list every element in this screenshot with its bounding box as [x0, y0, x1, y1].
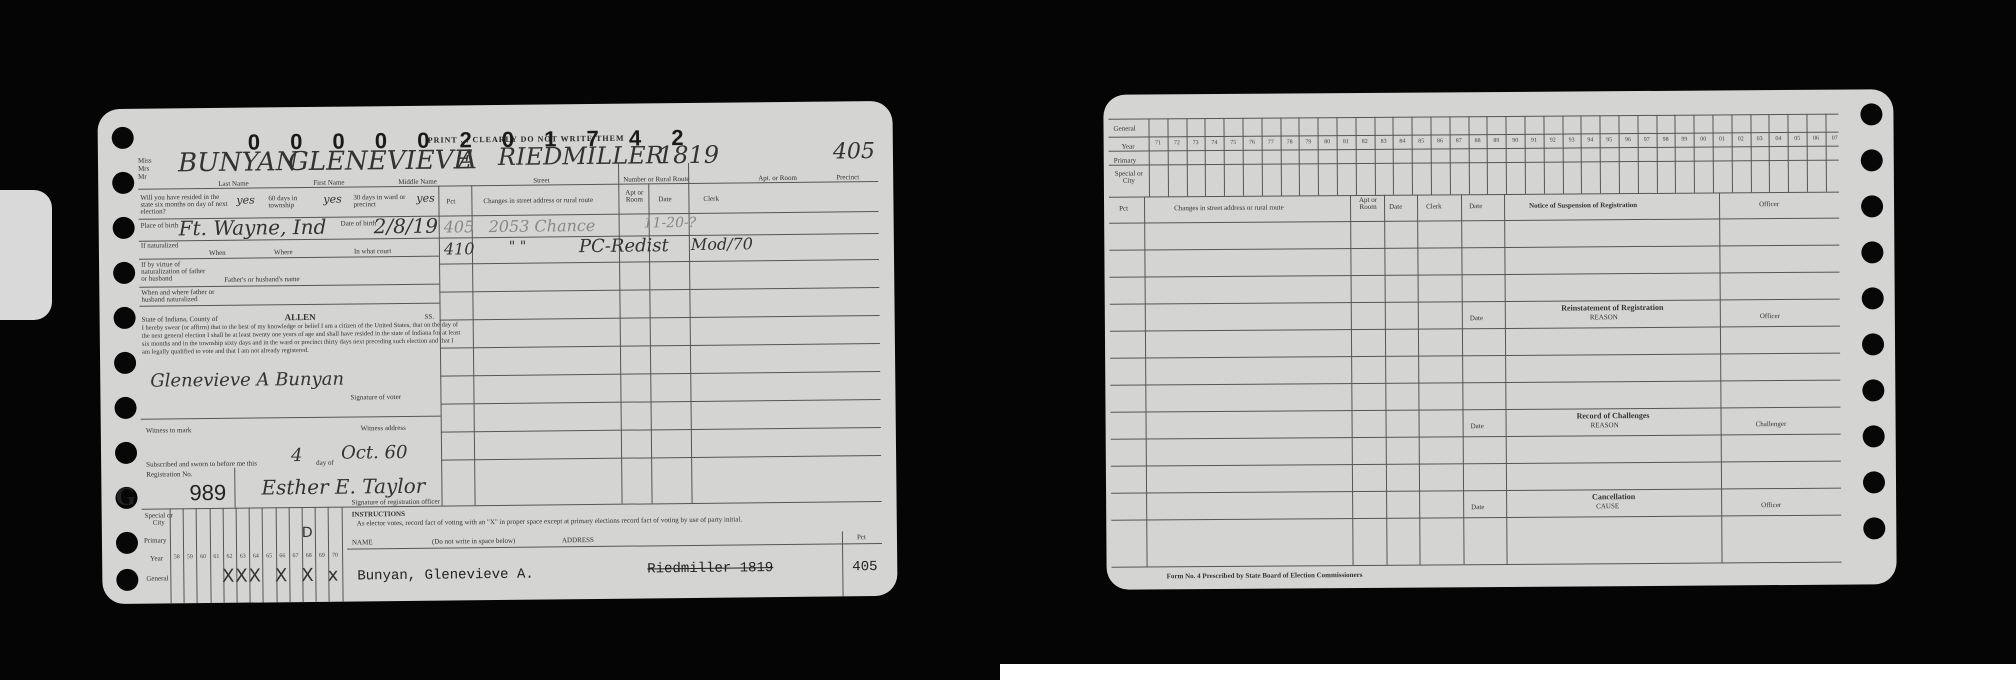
label-street: Street	[533, 176, 549, 184]
divider	[1242, 118, 1244, 196]
film-edge-strip	[1000, 664, 2016, 680]
divider	[1111, 488, 1841, 494]
back-header-address: Changes in street address or rural route	[1174, 204, 1284, 213]
year-cell: 75	[1224, 140, 1243, 146]
changes-row2-pct: 410	[444, 239, 475, 258]
changes-row1-address: 2053 Chance	[489, 216, 596, 236]
sworn-month-year: Oct. 60	[341, 442, 408, 464]
punch-hole	[113, 262, 135, 284]
divider	[440, 343, 880, 349]
divider	[1110, 326, 1840, 332]
divider	[1110, 380, 1840, 386]
sworn-day: 4	[291, 445, 303, 466]
divider	[1110, 272, 1840, 278]
label-day-of: day of	[316, 459, 334, 467]
primary-vote-mark: D	[302, 525, 313, 541]
divider	[1524, 116, 1526, 194]
divider	[1731, 114, 1733, 192]
reinstatement-header-officer: Officer	[1760, 312, 1780, 320]
officer-signature: Esther E. Taylor	[261, 474, 425, 500]
year-cell: 05	[1788, 136, 1807, 142]
year-cell: 62	[223, 554, 236, 560]
punch-hole	[116, 532, 138, 554]
year-cell: 86	[1431, 138, 1450, 144]
year-cell: 71	[1149, 140, 1168, 146]
label-signature-voter: Signature of voter	[350, 393, 401, 402]
back-vote-label-general: General	[1113, 125, 1135, 133]
year-cell: 94	[1581, 137, 1600, 143]
year-cell: 60	[196, 554, 209, 560]
year-cell: 97	[1637, 137, 1656, 143]
divider	[1111, 515, 1841, 521]
year-cell: 79	[1299, 139, 1318, 145]
changes-header-clerk: Clerk	[703, 195, 719, 203]
place-of-birth: Ft. Wayne, Ind	[179, 215, 327, 241]
year-cell: 87	[1449, 138, 1468, 144]
cancellation-title: Cancellation	[1506, 491, 1721, 502]
punch-hole	[113, 217, 135, 239]
changes-header-pct: Pct	[446, 197, 455, 205]
year-cell: 65	[262, 553, 275, 559]
back-header-pct: Pct	[1119, 205, 1128, 213]
punch-hole	[114, 352, 136, 374]
label-court: In what court	[354, 247, 391, 255]
divider	[347, 543, 882, 550]
year-cell: 06	[1807, 136, 1826, 142]
label-father-name: Father's or husband's name	[224, 275, 300, 284]
changes-row2-clerk: Mod/70	[691, 234, 753, 254]
label-resided-township: 60 days in township	[268, 195, 323, 210]
front-voting-grid: 5859606162X63X64X6566X6768XD6970x	[97, 101, 892, 109]
form-footer: Form No. 4 Prescribed by State Board of …	[1167, 571, 1363, 580]
year-cell: 04	[1769, 136, 1788, 142]
year-cell: 59	[183, 554, 196, 560]
cancellation-header-cause: CAUSE	[1596, 502, 1619, 510]
year-cell: 88	[1468, 138, 1487, 144]
divider	[1109, 146, 1839, 152]
divider	[1769, 114, 1771, 192]
typed-pct: 405	[852, 559, 877, 575]
divider	[138, 181, 878, 190]
divider	[440, 371, 880, 377]
divider	[1675, 115, 1677, 193]
year-cell: 91	[1525, 138, 1544, 144]
label-witness-address: Witness address	[361, 424, 406, 432]
punch-hole	[116, 569, 138, 591]
divider	[1224, 118, 1226, 196]
label-where: Where	[274, 248, 293, 256]
vote-label-year: Year	[150, 555, 163, 563]
general-vote-mark: X	[222, 566, 235, 587]
year-cell: 69	[315, 553, 328, 559]
year-cell: 00	[1694, 137, 1713, 143]
suspension-header-officer: Officer	[1759, 200, 1779, 208]
divider	[441, 399, 881, 405]
year-cell: 03	[1750, 136, 1769, 142]
street: RIEDMILLER	[498, 141, 664, 171]
oath-text: I hereby swear (or affirm) that to the b…	[142, 321, 462, 356]
title-options: MissMrsMr	[138, 156, 168, 180]
punch-hole	[1860, 103, 1882, 125]
divider	[234, 468, 235, 508]
year-cell: 83	[1374, 139, 1393, 145]
back-vote-label-primary: Primary	[1114, 157, 1137, 165]
cancellation-header-date: Date	[1471, 503, 1484, 511]
divider	[1111, 461, 1841, 467]
year-cell: 96	[1619, 137, 1638, 143]
year-cell: 95	[1600, 137, 1619, 143]
label-by-virtue: If by virtue of naturalization of father…	[141, 261, 211, 283]
divider	[1487, 116, 1489, 194]
year-cell: 99	[1675, 137, 1694, 143]
resided-ward-answer: yes	[416, 192, 435, 205]
changes-header-apt: Apt or Room	[622, 189, 646, 203]
reinstatement-header-date: Date	[1470, 314, 1483, 322]
back-header-apt: Apt or Room	[1354, 197, 1382, 211]
divider	[1318, 117, 1320, 195]
challenges-header-reason: REASON	[1591, 421, 1619, 429]
divider	[1167, 118, 1169, 196]
suspension-header-date: Date	[1469, 202, 1482, 210]
registration-number: 989	[189, 480, 226, 506]
year-cell: 92	[1543, 138, 1562, 144]
divider	[1350, 195, 1354, 565]
year-cell: 80	[1318, 139, 1337, 145]
divider	[1186, 118, 1188, 196]
divider	[139, 256, 439, 260]
label-witness-mark: Witness to mark	[146, 426, 192, 434]
divider	[439, 259, 879, 265]
oath-county: ALLEN	[285, 312, 316, 322]
changes-row2-address: " "	[509, 239, 527, 255]
divider	[1788, 114, 1790, 192]
instructions-title: INSTRUCTIONS	[352, 510, 405, 519]
divider	[1712, 115, 1714, 193]
divider	[1506, 116, 1508, 194]
changes-row1-date: 11-20-?	[644, 215, 697, 232]
label-naturalized: If naturalized	[141, 242, 181, 249]
divider	[1109, 192, 1839, 198]
reinstatement-title: Reinstatement of Registration	[1505, 302, 1720, 313]
year-cell: 72	[1167, 140, 1186, 146]
resided-township-answer: yes	[323, 193, 342, 206]
punch-hole	[1863, 425, 1885, 447]
back-header-date: Date	[1389, 203, 1402, 211]
resided-state-answer: yes	[236, 194, 255, 207]
divider	[142, 501, 882, 510]
divider	[1110, 407, 1840, 413]
label-subscribed: Subscribed and sworn to before me this	[146, 460, 257, 469]
back-vote-label-special: Special or City	[1114, 170, 1144, 184]
year-cell: 76	[1243, 140, 1262, 146]
divider	[1280, 118, 1282, 196]
divider	[441, 427, 881, 433]
punch-hole	[112, 172, 134, 194]
label-when: When	[209, 249, 226, 257]
year-cell: 78	[1280, 139, 1299, 145]
changes-row2-note: PC-Redist	[579, 235, 669, 257]
challenges-title: Record of Challenges	[1506, 410, 1721, 421]
punch-hole	[1861, 149, 1883, 171]
label-precinct: Precinct	[836, 173, 859, 181]
instructions-text: As elector votes, record fact of voting …	[357, 514, 837, 527]
first-name: GLENEVIEVE	[288, 145, 473, 177]
divider	[1656, 115, 1658, 193]
year-cell: 90	[1506, 138, 1525, 144]
year-cell: 73	[1186, 140, 1205, 146]
label-registration-no: Registration No.	[146, 470, 192, 478]
year-cell: 68	[302, 553, 315, 559]
middle-name: A	[458, 145, 477, 175]
date-of-birth: 2/8/19	[374, 214, 439, 239]
registration-card-back: General Year Primary Special or City 717…	[1103, 89, 1896, 590]
suspension-header-notice: Notice of Suspension of Registration	[1529, 201, 1637, 210]
year-cell: 74	[1205, 140, 1224, 146]
oath-state-county: State of Indiana, County of	[142, 315, 218, 324]
divider	[1148, 118, 1150, 196]
label-resided-state: Will you have resided in the state six m…	[140, 194, 230, 216]
divider	[1543, 116, 1545, 194]
divider	[1468, 116, 1470, 194]
year-cell: 02	[1731, 136, 1750, 142]
punch-hole	[1861, 241, 1883, 263]
year-cell: 98	[1656, 137, 1675, 143]
divider	[1299, 117, 1301, 195]
changes-header-address: Changes in street address or rural route	[483, 196, 593, 205]
typed-address: Riedmiller 1819	[647, 560, 773, 577]
general-vote-mark: X	[235, 566, 248, 587]
back-voting-grid: 7172737475767778798081828384858687888990…	[1103, 89, 1893, 95]
divider	[1110, 353, 1840, 359]
punch-hole	[1862, 287, 1884, 309]
general-vote-mark: x	[328, 565, 339, 586]
general-vote-mark: X	[248, 565, 261, 586]
general-vote-mark: X	[301, 565, 314, 586]
changes-row1-pct: 405	[444, 217, 475, 236]
label-place-of-birth: Place of birth	[141, 222, 181, 229]
divider	[1144, 196, 1148, 566]
divider	[1637, 115, 1639, 193]
year-cell: 66	[276, 553, 289, 559]
year-cell: 70	[328, 553, 341, 559]
divider	[1109, 245, 1839, 251]
year-cell: 81	[1337, 139, 1356, 145]
divider	[1205, 118, 1207, 196]
divider	[1562, 116, 1564, 194]
punch-hole	[1861, 195, 1883, 217]
divider	[440, 315, 880, 321]
divider	[1109, 160, 1839, 166]
divider	[1750, 114, 1752, 192]
divider	[1618, 115, 1620, 193]
divider	[1461, 194, 1465, 564]
divider	[1504, 194, 1508, 564]
oath-ss: SS.	[425, 313, 435, 321]
last-name: BUNYAN	[178, 147, 299, 178]
punch-hole	[1862, 379, 1884, 401]
year-cell: 07	[1825, 136, 1844, 142]
vote-label-primary: Primary	[144, 536, 167, 544]
punch-hole	[114, 307, 136, 329]
divider	[1355, 117, 1357, 195]
punch-hole	[115, 442, 137, 464]
label-address: ADDRESS	[562, 536, 594, 544]
divider	[441, 455, 881, 461]
cancellation-header-officer: Officer	[1761, 501, 1781, 509]
back-header-clerk: Clerk	[1426, 202, 1442, 210]
year-cell: 82	[1355, 139, 1374, 145]
punch-hole	[114, 397, 136, 419]
year-cell: 89	[1487, 138, 1506, 144]
registration-letter: G	[115, 482, 136, 512]
divider	[1417, 195, 1421, 565]
registration-card-front: 0 0 0 0 0 2 0 1 7 4 2 PRINT ... CLEARLY …	[97, 101, 897, 604]
year-cell: 84	[1393, 139, 1412, 145]
divider	[1719, 192, 1723, 562]
divider	[1600, 115, 1602, 193]
typed-name: Bunyan, Glenevieve A.	[357, 567, 534, 585]
punch-hole	[1862, 333, 1884, 355]
back-vote-label-year: Year	[1122, 143, 1135, 151]
divider	[141, 416, 441, 420]
divider	[1393, 117, 1395, 195]
divider	[1806, 114, 1808, 192]
divider	[1412, 117, 1414, 195]
label-when-where-father: When and where father or husband natural…	[141, 289, 221, 304]
divider	[1825, 114, 1827, 192]
label-name: NAME	[352, 538, 373, 546]
divider	[1111, 434, 1841, 440]
year-cell: 85	[1412, 138, 1431, 144]
general-vote-mark: X	[275, 565, 288, 586]
challenges-header-challenger: Challenger	[1756, 420, 1787, 428]
divider	[1374, 117, 1376, 195]
divider	[1694, 115, 1696, 193]
divider	[1108, 114, 1838, 120]
divider	[1581, 115, 1583, 193]
divider	[342, 507, 344, 602]
year-cell: 93	[1562, 137, 1581, 143]
divider	[1336, 117, 1338, 195]
label-resided-ward: 30 days in ward or precinct	[353, 194, 413, 209]
year-cell: 61	[210, 554, 223, 560]
divider	[842, 531, 844, 596]
punch-hole	[1863, 471, 1885, 493]
year-cell: 63	[236, 554, 249, 560]
divider	[1430, 116, 1432, 194]
divider	[1384, 195, 1388, 565]
divider	[139, 284, 439, 288]
year-cell: 77	[1261, 140, 1280, 146]
year-cell: 64	[249, 553, 262, 559]
divider	[1261, 118, 1263, 196]
divider	[1109, 218, 1839, 224]
divider	[1112, 562, 1842, 568]
divider	[1110, 299, 1840, 305]
changes-header-date: Date	[658, 195, 671, 203]
divider	[439, 287, 879, 293]
reinstatement-header-reason: REASON	[1590, 313, 1618, 321]
punch-hole	[112, 127, 134, 149]
label-pct: Pct	[857, 533, 866, 541]
film-edge-tab	[0, 190, 52, 320]
voter-signature: Glenevieve A Bunyan	[150, 369, 344, 392]
year-cell: 58	[170, 554, 183, 560]
label-do-not-write: (Do not write in space below)	[432, 537, 515, 546]
precinct: 405	[833, 139, 875, 164]
year-cell: 01	[1713, 136, 1732, 142]
divider	[1449, 116, 1451, 194]
challenges-header-date: Date	[1471, 422, 1484, 430]
vote-label-general: General	[146, 574, 168, 582]
punch-hole	[1863, 517, 1885, 539]
year-cell: 67	[289, 553, 302, 559]
